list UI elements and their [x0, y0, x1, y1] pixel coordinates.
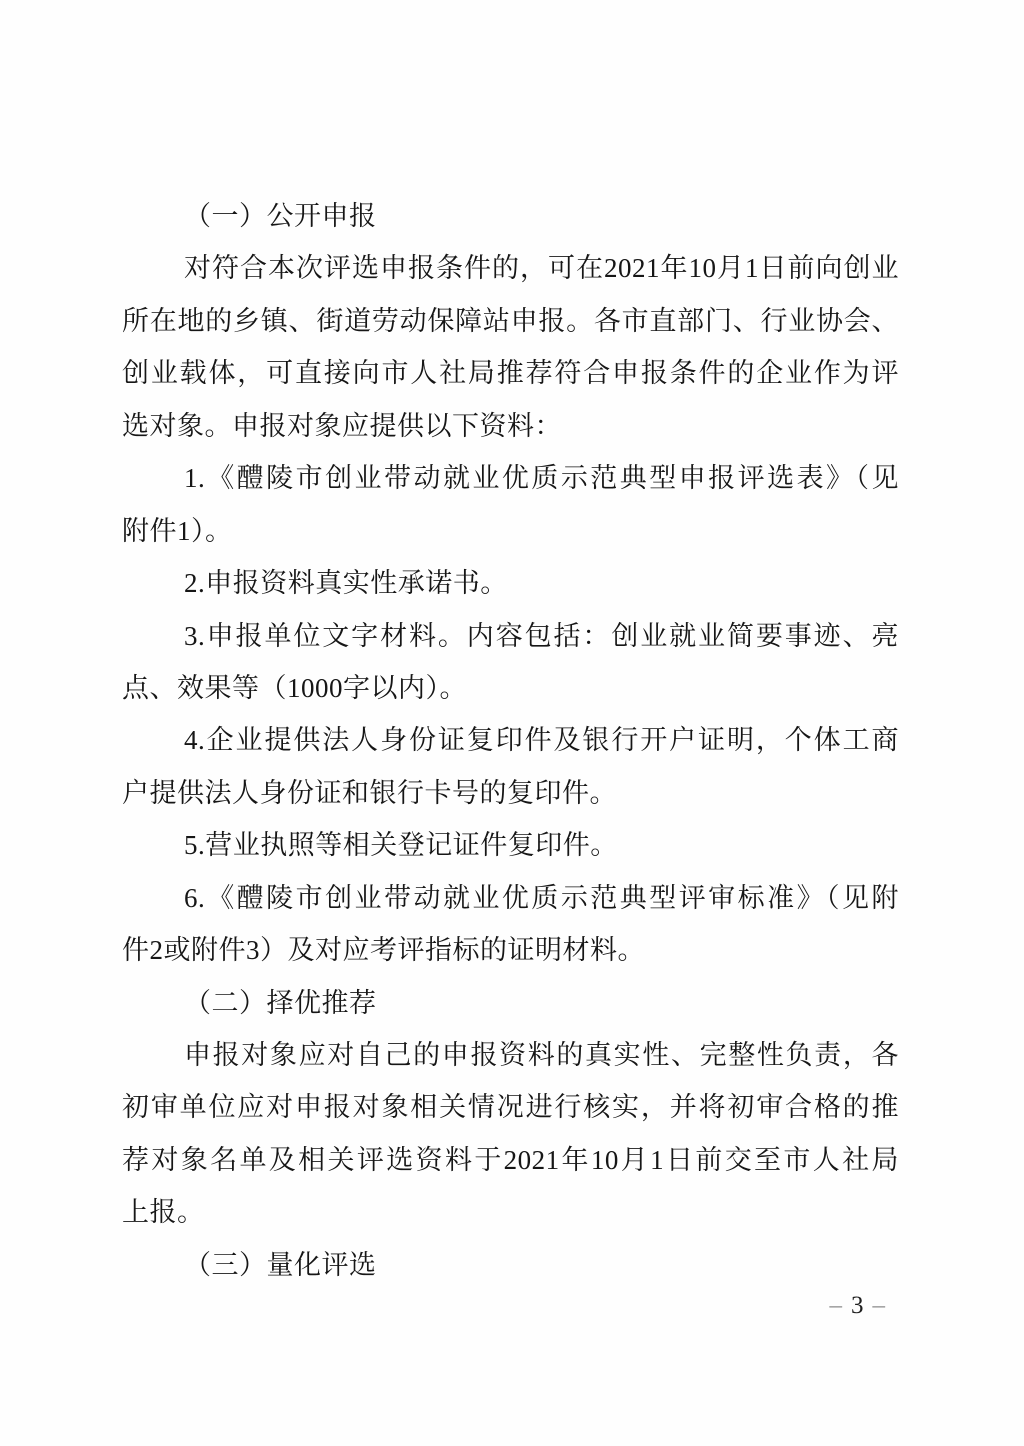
- section-heading-3: （三）量化评选: [122, 1239, 899, 1291]
- text-line: 荐对象名单及相关评选资料于2021年10月1日前交至市人社局: [122, 1134, 899, 1186]
- list-item-1: 1.《醴陵市创业带动就业优质示范典型申报评选表》（见附件1）。: [122, 452, 899, 557]
- text-line: 5.营业执照等相关登记证件复印件。: [122, 819, 899, 871]
- text-line: 选对象。申报对象应提供以下资料：: [122, 400, 899, 452]
- list-item-5: 5.营业执照等相关登记证件复印件。: [122, 819, 899, 871]
- text-line: 6.《醴陵市创业带动就业优质示范典型评审标准》（见附: [122, 872, 899, 924]
- page-number-dash-left: –: [821, 1292, 852, 1319]
- text-line: （三）量化评选: [122, 1239, 899, 1291]
- text-line: 初审单位应对申报对象相关情况进行核实，并将初审合格的推: [122, 1081, 899, 1133]
- text-line: 申报对象应对自己的申报资料的真实性、完整性负责，各: [122, 1029, 899, 1081]
- document-body: （一）公开申报对符合本次评选申报条件的，可在2021年10月1日前向创业所在地的…: [122, 190, 899, 1291]
- section-heading-1: （一）公开申报: [122, 190, 899, 242]
- document-page: （一）公开申报对符合本次评选申报条件的，可在2021年10月1日前向创业所在地的…: [0, 0, 1024, 1446]
- text-line: 户提供法人身份证和银行卡号的复印件。: [122, 767, 899, 819]
- text-line: 附件1）。: [122, 505, 899, 557]
- paragraph-open-application: 对符合本次评选申报条件的，可在2021年10月1日前向创业所在地的乡镇、街道劳动…: [122, 242, 899, 452]
- text-line: 创业载体，可直接向市人社局推荐符合申报条件的企业作为评: [122, 347, 899, 399]
- page-number-dash-right: –: [864, 1292, 895, 1319]
- text-line: 2.申报资料真实性承诺书。: [122, 557, 899, 609]
- text-line: 1.《醴陵市创业带动就业优质示范典型申报评选表》（见: [122, 452, 899, 504]
- text-line: 件2或附件3）及对应考评指标的证明材料。: [122, 924, 899, 976]
- text-line: （二）择优推荐: [122, 977, 899, 1029]
- text-line: 上报。: [122, 1186, 899, 1238]
- section-heading-2: （二）择优推荐: [122, 977, 899, 1029]
- list-item-2: 2.申报资料真实性承诺书。: [122, 557, 899, 609]
- text-line: （一）公开申报: [122, 190, 899, 242]
- list-item-3: 3.申报单位文字材料。内容包括：创业就业简要事迹、亮点、效果等（1000字以内）…: [122, 610, 899, 715]
- list-item-4: 4.企业提供法人身份证复印件及银行开户证明，个体工商户提供法人身份证和银行卡号的…: [122, 714, 899, 819]
- text-line: 对符合本次评选申报条件的，可在2021年10月1日前向创业: [122, 242, 899, 294]
- page-number: 3: [851, 1292, 864, 1319]
- paragraph-recommendation: 申报对象应对自己的申报资料的真实性、完整性负责，各初审单位应对申报对象相关情况进…: [122, 1029, 899, 1239]
- page-footer: –3–: [821, 1291, 895, 1321]
- text-line: 4.企业提供法人身份证复印件及银行开户证明，个体工商: [122, 714, 899, 766]
- text-line: 所在地的乡镇、街道劳动保障站申报。各市直部门、行业协会、: [122, 295, 899, 347]
- text-line: 点、效果等（1000字以内）。: [122, 662, 899, 714]
- text-line: 3.申报单位文字材料。内容包括：创业就业简要事迹、亮: [122, 610, 899, 662]
- list-item-6: 6.《醴陵市创业带动就业优质示范典型评审标准》（见附件2或附件3）及对应考评指标…: [122, 872, 899, 977]
